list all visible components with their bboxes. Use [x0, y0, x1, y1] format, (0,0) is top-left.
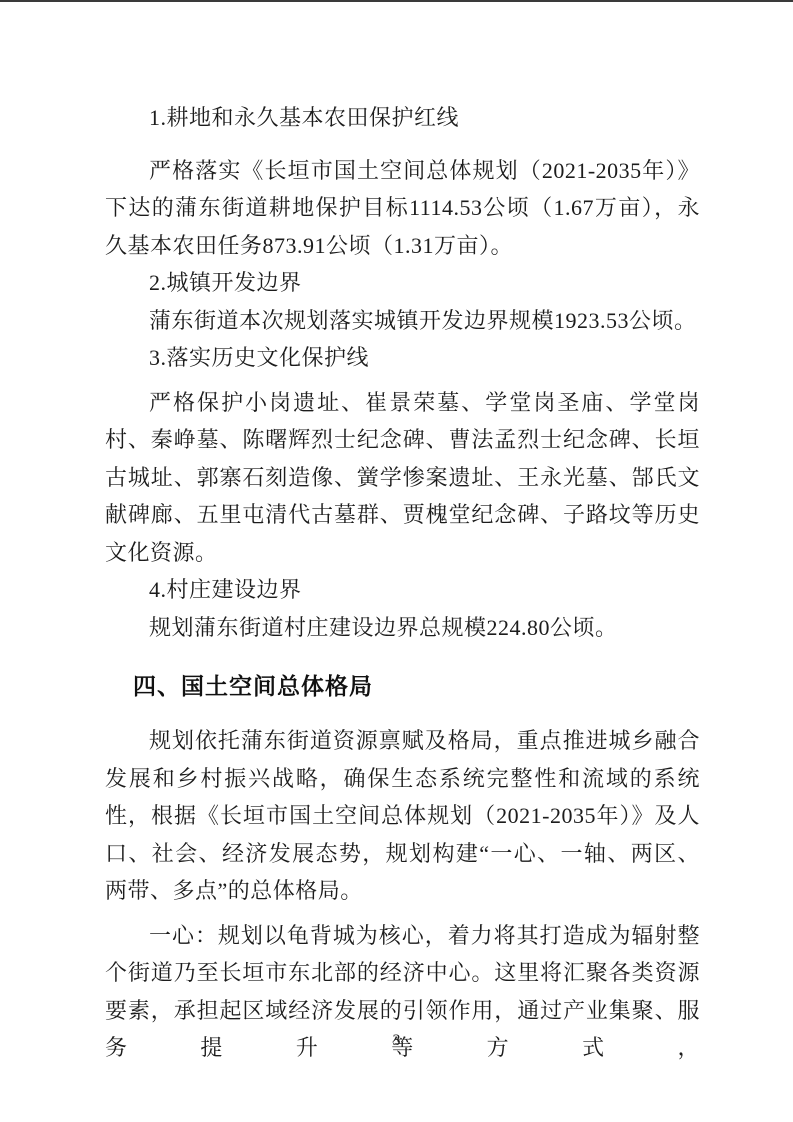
paragraph-village-boundary-scale: 规划蒲东街道村庄建设边界总规模224.80公顷。: [105, 609, 700, 647]
section-heading-territorial-pattern: 四、国土空间总体格局: [133, 667, 700, 705]
document-body: 1.耕地和永久基本农田保护红线 严格落实《长垣市国土空间总体规划（2021-20…: [105, 99, 700, 1067]
subheading-historic-culture-protection: 3.落实历史文化保护线: [105, 339, 700, 377]
paragraph-historic-resources: 严格保护小岗遗址、崔景荣墓、学堂岗圣庙、学堂岗村、秦峥墓、陈曙辉烈士纪念碑、曹法…: [105, 384, 700, 572]
paragraph-farmland-targets: 严格落实《长垣市国土空间总体规划（2021-2035年）》下达的蒲东街道耕地保护…: [105, 152, 700, 265]
page-footer: 3: [0, 1032, 793, 1050]
paragraph-overall-pattern: 规划依托蒲东街道资源禀赋及格局，重点推进城乡融合发展和乡村振兴战略，确保生态系统…: [105, 722, 700, 910]
subheading-farmland-redline: 1.耕地和永久基本农田保护红线: [105, 99, 700, 137]
subheading-village-construction-boundary: 4.村庄建设边界: [105, 571, 700, 609]
page-number: 3: [393, 1032, 401, 1049]
paragraph-urban-boundary-scale: 蒲东街道本次规划落实城镇开发边界规模1923.53公顷。: [105, 302, 700, 340]
document-page: 1.耕地和永久基本农田保护红线 严格落实《长垣市国土空间总体规划（2021-20…: [0, 0, 793, 1122]
subheading-urban-development-boundary: 2.城镇开发边界: [105, 264, 700, 302]
